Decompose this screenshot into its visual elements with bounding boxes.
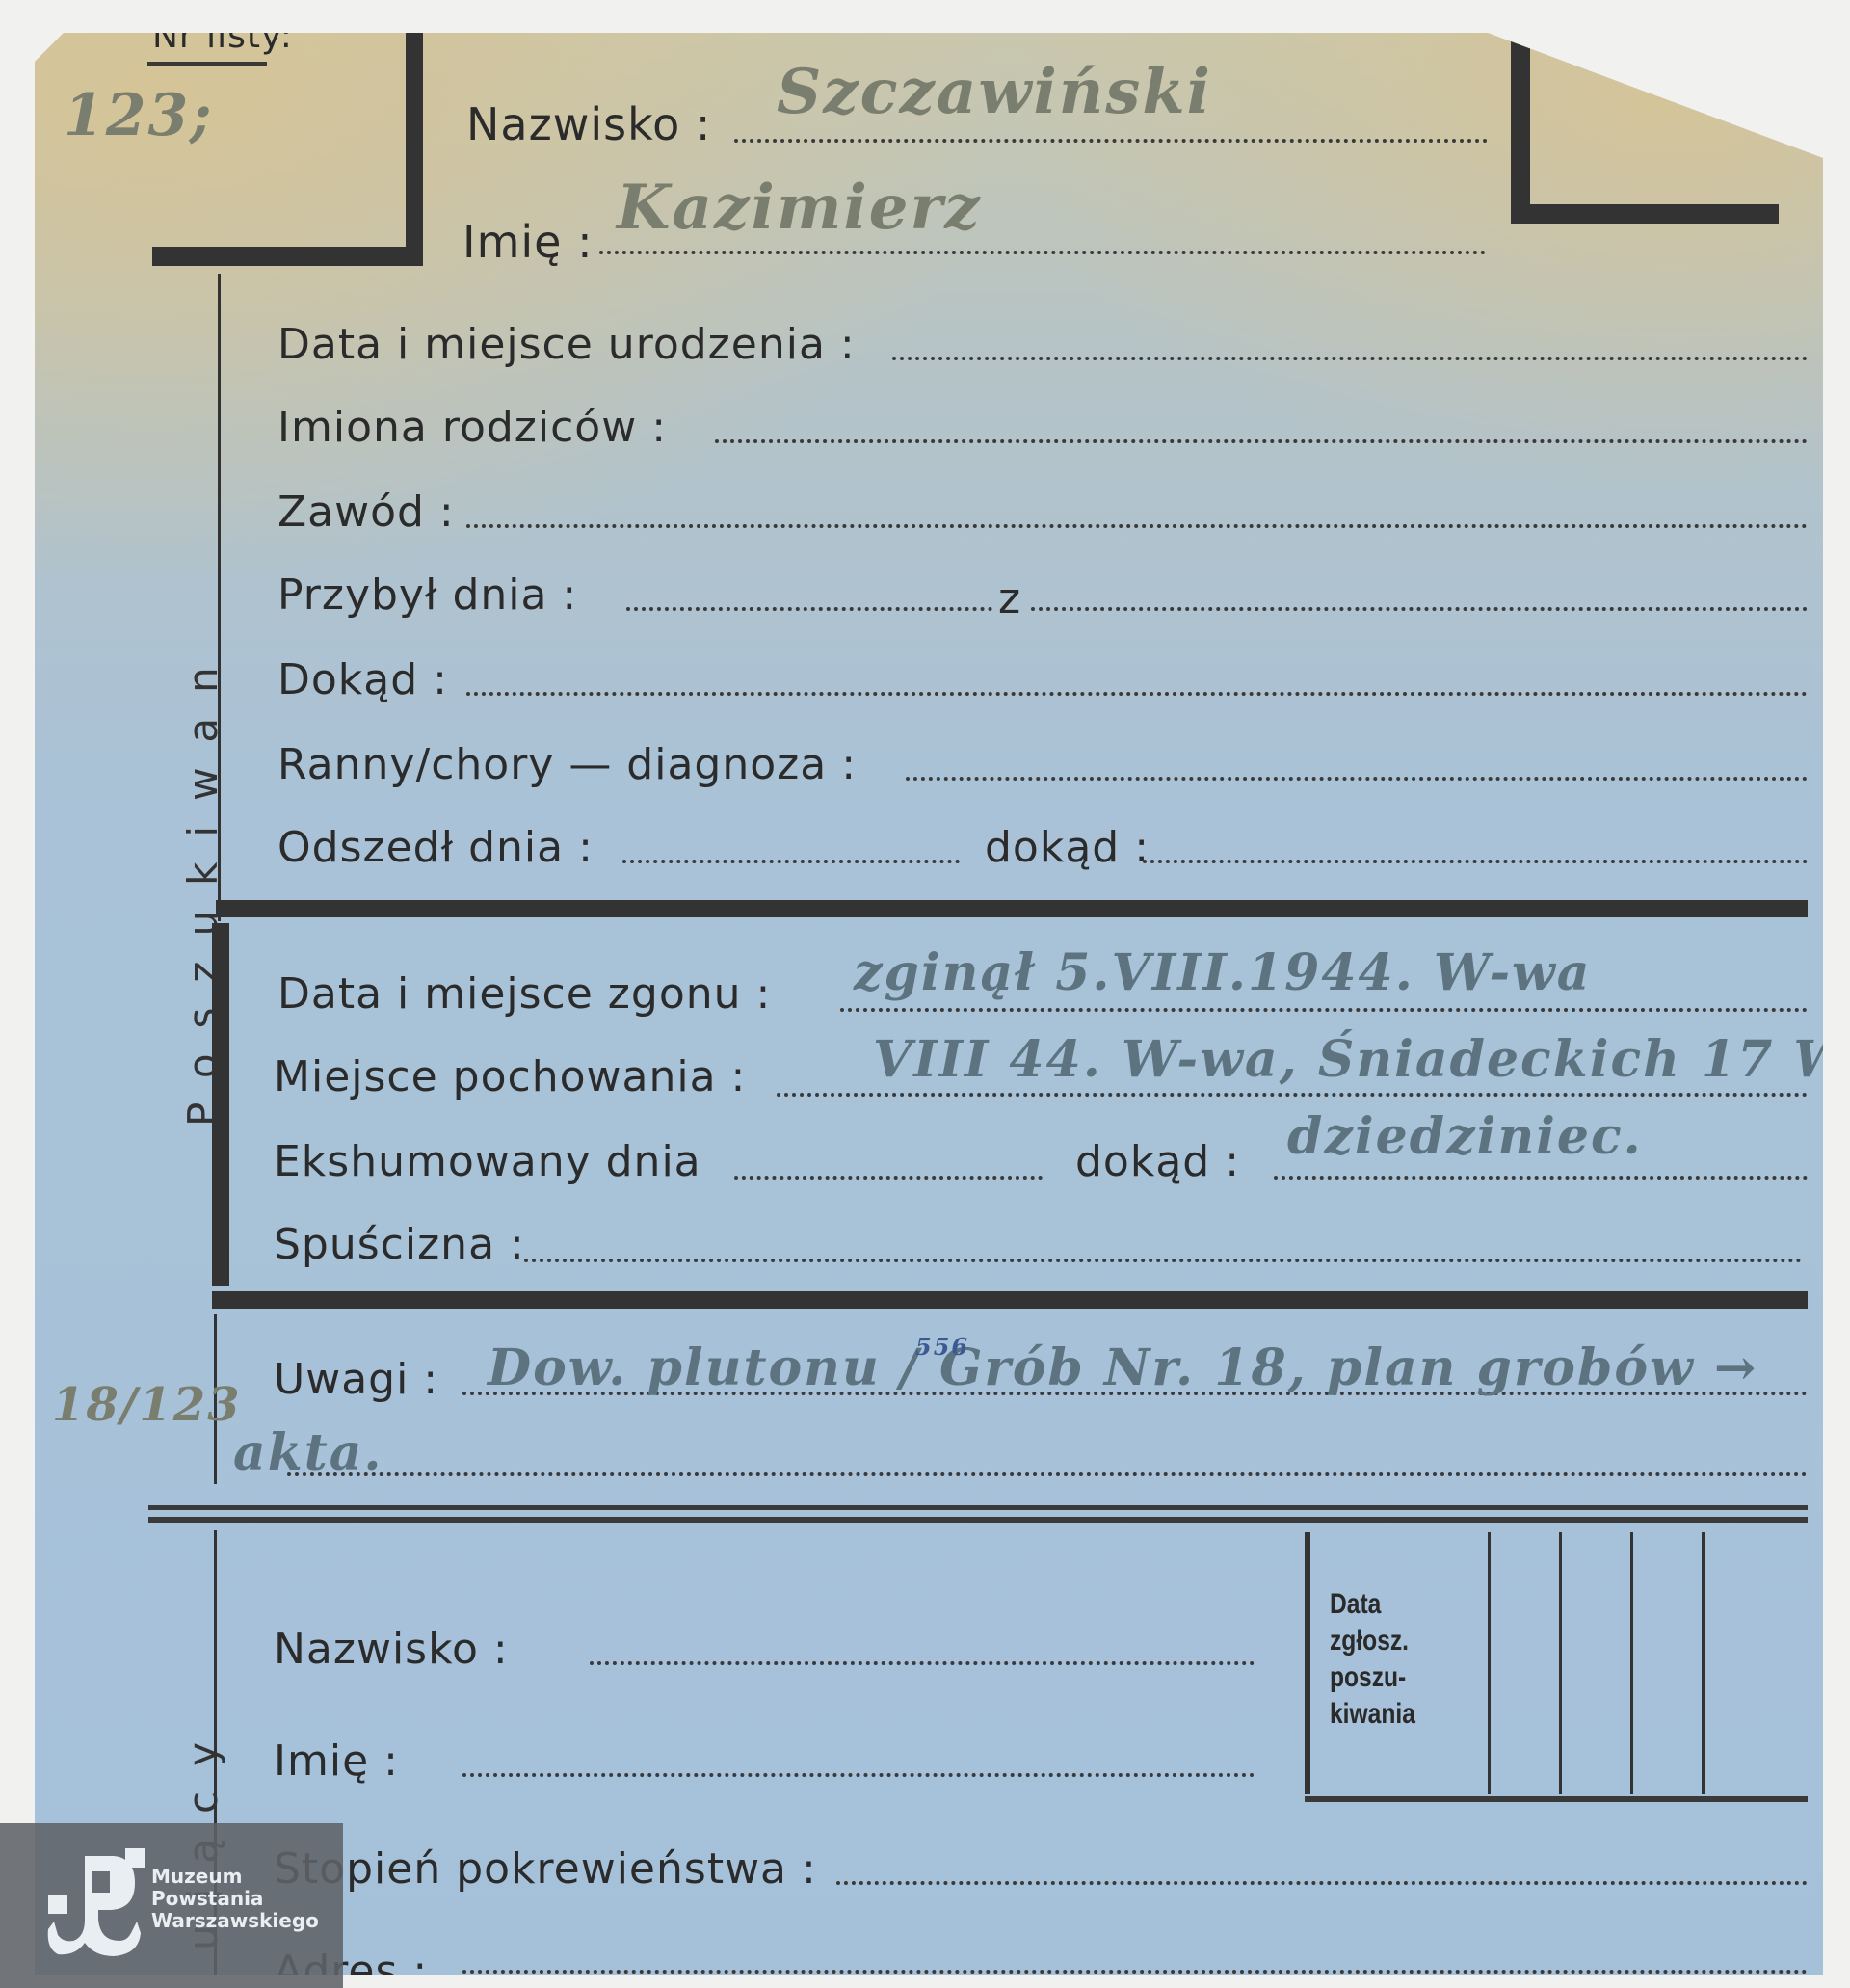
date-box-label: Data zgłosz. poszu- kiwania: [1330, 1586, 1415, 1733]
corner-bracket-left: [406, 33, 423, 262]
double-line-bottom: [148, 1517, 1808, 1523]
museum-name-line: Muzeum: [151, 1866, 319, 1888]
searcher-surname-line[interactable]: [590, 1661, 1255, 1665]
section-bar-2: [212, 1291, 1808, 1309]
first-name-value[interactable]: Kazimierz: [617, 177, 982, 239]
date-column-3[interactable]: [1630, 1532, 1633, 1794]
double-line-top: [148, 1505, 1808, 1510]
date-box-edge: [1305, 1532, 1310, 1794]
search-card: Nr listy: 123; Nazwisko : Szczawiński Im…: [35, 33, 1823, 1975]
death-line: [840, 1008, 1808, 1012]
anchor-kotwica-icon: [46, 1848, 152, 1959]
exhumed-label: Ekshumowany dnia: [274, 1141, 701, 1183]
burial-value-line1[interactable]: VIII 44. W-wa, Śniadeckich 17 W-wa: [873, 1035, 1850, 1085]
estate-line[interactable]: [524, 1259, 1802, 1262]
date-box-base: [1305, 1796, 1808, 1802]
museum-name: Muzeum Powstania Warszawskiego: [151, 1866, 319, 1932]
death-value[interactable]: zginął 5.VIII.1944. W-wa: [854, 948, 1592, 998]
burial-value-line2[interactable]: dziedziniec.: [1287, 1112, 1643, 1162]
remarks-value-line1[interactable]: Dow. plutonu / Grób Nr. 18, plan grobów …: [488, 1343, 1757, 1393]
first-name-line: [599, 251, 1486, 254]
estate-label: Spuścizna :: [274, 1224, 525, 1266]
arrived-from-line[interactable]: [1031, 607, 1808, 611]
left-date-line[interactable]: [622, 860, 960, 863]
exhumed-to-label: dokąd :: [1075, 1141, 1240, 1183]
remarks-label: Uwagi :: [274, 1359, 438, 1401]
exhumed-to-line[interactable]: [1274, 1176, 1808, 1180]
left-to-label: dokąd :: [985, 827, 1150, 869]
side-reference: 18/123: [52, 1382, 242, 1428]
arrived-from-label: z: [998, 578, 1021, 621]
section-bar-1: [216, 900, 1808, 917]
address-line[interactable]: [462, 1970, 1808, 1974]
date-box-label-line: zgłosz.: [1330, 1623, 1415, 1659]
surname-value[interactable]: Szczawiński: [777, 62, 1212, 123]
searcher-first-name-label: Imię :: [274, 1740, 399, 1783]
corner-bracket-right: [1511, 33, 1530, 204]
searcher-surname-label: Nazwisko :: [274, 1629, 509, 1671]
museum-name-line: Powstania: [151, 1888, 319, 1910]
left-to-line[interactable]: [1143, 860, 1808, 863]
date-column-4[interactable]: [1702, 1532, 1705, 1794]
occupation-label: Zawód :: [277, 491, 455, 534]
burial-label: Miejsce pochowania :: [274, 1056, 746, 1099]
list-number-value: 123;: [64, 87, 213, 145]
surname-line: [734, 139, 1488, 143]
relation-line[interactable]: [836, 1881, 1808, 1885]
diagnosis-label: Ranny/chory — diagnoza :: [277, 744, 857, 786]
arrived-date-line[interactable]: [626, 607, 992, 611]
occupation-line[interactable]: [466, 524, 1808, 528]
museum-watermark: Muzeum Powstania Warszawskiego: [0, 1823, 343, 1988]
destination-label: Dokąd :: [277, 659, 448, 702]
destination-line[interactable]: [466, 692, 1808, 696]
date-column-2[interactable]: [1559, 1532, 1562, 1794]
burial-line: [777, 1093, 1808, 1097]
surname-label: Nazwisko :: [466, 102, 711, 146]
museum-name-line: Warszawskiego: [151, 1910, 319, 1932]
first-name-label: Imię :: [462, 220, 594, 264]
birth-label: Data i miejsce urodzenia :: [277, 324, 856, 366]
remarks-line-2: [287, 1472, 1808, 1476]
searcher-first-name-line[interactable]: [462, 1773, 1255, 1777]
remarks-superscript: 556: [915, 1336, 969, 1359]
date-column-1[interactable]: [1488, 1532, 1491, 1794]
diagnosis-line[interactable]: [906, 777, 1808, 781]
parents-line[interactable]: [715, 439, 1808, 443]
death-box-edge: [212, 923, 229, 1286]
left-date-label: Odszedł dnia :: [277, 827, 594, 869]
exhumed-date-line[interactable]: [734, 1176, 1043, 1180]
date-box-label-line: Data: [1330, 1586, 1415, 1623]
death-label: Data i miejsce zgonu :: [277, 973, 771, 1016]
corner-bracket-right-base: [1511, 204, 1779, 224]
relation-label: Stopień pokrewieństwa :: [274, 1848, 817, 1891]
birth-line[interactable]: [892, 357, 1808, 360]
arrived-label: Przybył dnia :: [277, 574, 577, 617]
parents-label: Imiona rodziców :: [277, 407, 667, 449]
date-box-label-line: kiwania: [1330, 1696, 1415, 1733]
corner-bracket-left-base: [152, 247, 423, 266]
list-number-underline: [147, 62, 267, 66]
remarks-value-line2[interactable]: akta.: [233, 1428, 383, 1478]
date-box-label-line: poszu-: [1330, 1659, 1415, 1696]
list-number-label: Nr listy:: [152, 19, 293, 54]
